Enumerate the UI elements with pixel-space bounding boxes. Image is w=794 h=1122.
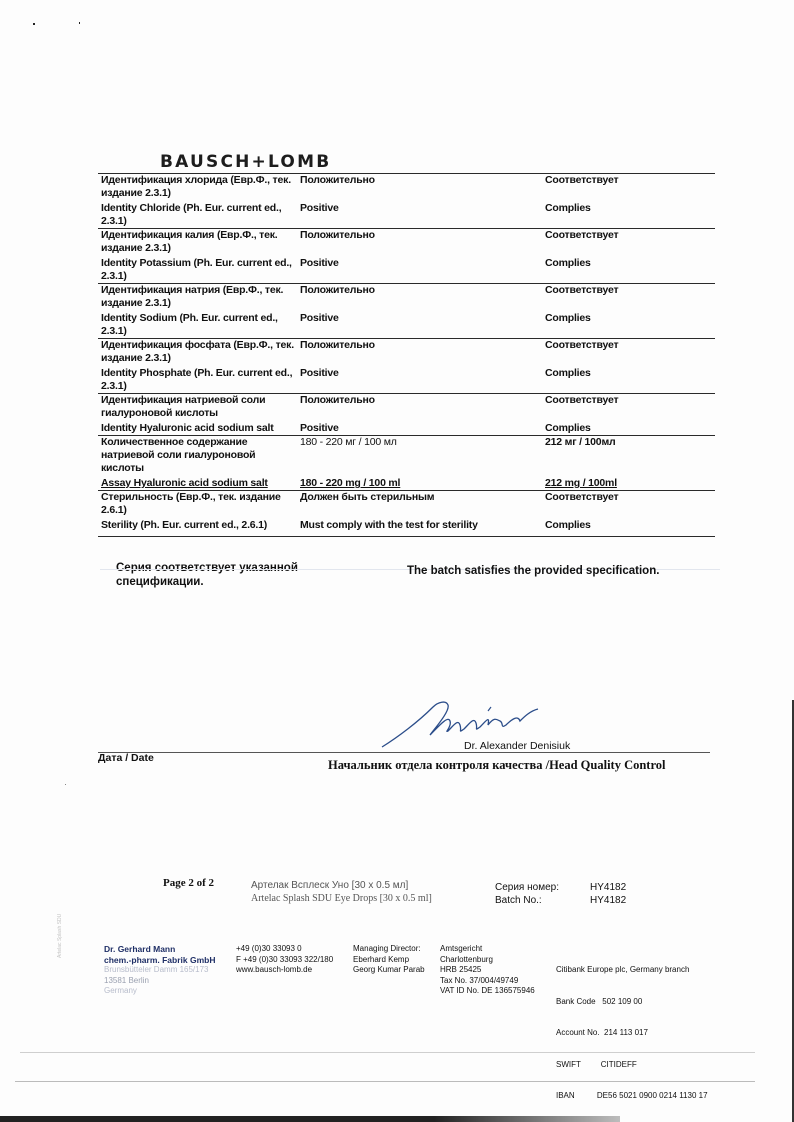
test-name-en: Identity Phosphate (Ph. Eur. current ed.… <box>98 365 297 394</box>
test-row-ru: Количественное содержание натриевой соли… <box>98 436 715 476</box>
signatory-name-text: Dr. Alexander Denisiuk <box>464 740 570 752</box>
court-label: Amtsgericht <box>440 944 535 955</box>
batch-label-ru: Серия номер: <box>495 881 559 894</box>
test-spec-ru: Положительно <box>297 339 542 366</box>
scan-edge-bottom <box>0 1116 620 1122</box>
footer-faint-rule-2 <box>15 1081 755 1082</box>
test-name-ru: Идентификация калия (Евр.Ф., тек. издани… <box>98 229 297 256</box>
test-result-en: Complies <box>542 517 715 537</box>
test-result-en: Complies <box>542 420 715 436</box>
test-row-ru: Стерильность (Евр.Ф., тек. издание 2.6.1… <box>98 491 715 518</box>
test-result-ru: Соответствует <box>542 229 715 256</box>
court-register: HRB 25425 <box>440 965 535 976</box>
test-row-en: Identity Chloride (Ph. Eur. current ed.,… <box>98 200 715 229</box>
test-name-en: Identity Hyaluronic acid sodium salt <box>98 420 297 436</box>
batch-labels: Серия номер: Batch No.: <box>495 881 559 907</box>
company-city: 13581 Berlin <box>104 976 215 987</box>
footer-faint-rule-1 <box>20 1052 755 1053</box>
test-spec-en: Must comply with the test for sterility <box>297 517 542 537</box>
test-spec-ru: Положительно <box>297 284 542 311</box>
test-result-ru: Соответствует <box>542 174 715 201</box>
company-directors: Managing Director: Eberhard Kemp Georg K… <box>353 944 425 976</box>
bank-code: Bank Code 502 109 00 <box>556 997 708 1008</box>
test-results-body: Идентификация хлорида (Евр.Ф., тек. изда… <box>98 174 715 537</box>
margin-note-text: Artelac Splash SDU <box>57 914 63 958</box>
bank-name: Citibank Europe plc, Germany branch <box>556 965 708 976</box>
test-row-ru: Идентификация хлорида (Евр.Ф., тек. изда… <box>98 174 715 201</box>
date-label: Дата / Date <box>98 752 154 764</box>
test-name-en: Sterility (Ph. Eur. current ed., 2.6.1) <box>98 517 297 537</box>
company-phone: +49 (0)30 33093 0 <box>236 944 333 955</box>
test-name-ru: Идентификация хлорида (Евр.Ф., тек. изда… <box>98 174 297 201</box>
iban: IBAN DE56 5021 0900 0214 1130 17 <box>556 1091 708 1102</box>
page-number-text: Page 2 of 2 <box>163 877 214 889</box>
company-country: Germany <box>104 986 215 997</box>
test-result-ru: Соответствует <box>542 339 715 366</box>
company-registration: Amtsgericht Charlottenburg HRB 25425 Tax… <box>440 944 535 997</box>
test-row-en: Identity Potassium (Ph. Eur. current ed.… <box>98 255 715 284</box>
test-result-en: Complies <box>542 365 715 394</box>
company-address: Dr. Gerhard Mann chem.-pharm. Fabrik Gmb… <box>104 944 215 997</box>
conclusion-en: The batch satisfies the provided specifi… <box>407 564 659 578</box>
vat-id: VAT ID No. DE 136575946 <box>440 986 535 997</box>
company-contacts: +49 (0)30 33093 0 F +49 (0)30 33093 322/… <box>236 944 333 976</box>
margin-note: Artelac Splash SDU <box>57 914 63 958</box>
court-location: Charlottenburg <box>440 955 535 966</box>
signatory-title: Начальник отдела контроля качества /Head… <box>328 758 666 773</box>
test-result-ru: Соответствует <box>542 284 715 311</box>
batch-number-en: HY4182 <box>590 894 626 907</box>
managing-director-label: Managing Director: <box>353 944 425 955</box>
test-name-ru: Идентификация фосфата (Евр.Ф., тек. изда… <box>98 339 297 366</box>
test-name-ru: Идентификация натриевой соли гиалуроново… <box>98 394 297 421</box>
test-result-ru: Соответствует <box>542 491 715 518</box>
company-name-2: chem.-pharm. Fabrik GmbH <box>104 955 215 966</box>
account-number: Account No. 214 113 017 <box>556 1028 708 1039</box>
test-row-ru: Идентификация калия (Евр.Ф., тек. издани… <box>98 229 715 256</box>
company-name-1: Dr. Gerhard Mann <box>104 944 215 955</box>
test-name-ru: Идентификация натрия (Евр.Ф., тек. издан… <box>98 284 297 311</box>
test-row-ru: Идентификация натрия (Евр.Ф., тек. издан… <box>98 284 715 311</box>
test-spec-en: Positive <box>297 310 542 339</box>
test-row-en: Identity Hyaluronic acid sodium saltPosi… <box>98 420 715 436</box>
batch-values: HY4182 HY4182 <box>590 881 626 907</box>
test-spec-ru: Положительно <box>297 174 542 201</box>
signature-line <box>98 752 710 753</box>
test-spec-en: Positive <box>297 200 542 229</box>
batch-label-en: Batch No.: <box>495 894 559 907</box>
managing-director-1: Eberhard Kemp <box>353 955 425 966</box>
test-spec-ru: Положительно <box>297 394 542 421</box>
test-name-ru: Стерильность (Евр.Ф., тек. издание 2.6.1… <box>98 491 297 518</box>
test-spec-en: 180 - 220 mg / 100 ml <box>297 475 542 491</box>
logo-plus-icon: + <box>252 152 268 172</box>
tax-number: Tax No. 37/004/49749 <box>440 976 535 987</box>
test-row-en: Identity Phosphate (Ph. Eur. current ed.… <box>98 365 715 394</box>
test-name-en: Identity Chloride (Ph. Eur. current ed.,… <box>98 200 297 229</box>
test-name-en: Assay Hyaluronic acid sodium salt <box>98 475 297 491</box>
test-result-ru: 212 мг / 100мл <box>542 436 715 476</box>
product-name-ru: Артелак Всплеск Уно [30 x 0.5 мл] <box>251 879 432 892</box>
test-name-en: Identity Sodium (Ph. Eur. current ed., 2… <box>98 310 297 339</box>
test-result-en: 212 mg / 100ml <box>542 475 715 491</box>
test-result-ru: Соответствует <box>542 394 715 421</box>
scan-speck <box>65 784 66 785</box>
bausch-lomb-logo: BAUSCH+LOMB <box>160 152 331 172</box>
test-spec-en: Positive <box>297 365 542 394</box>
test-row-en: Sterility (Ph. Eur. current ed., 2.6.1)M… <box>98 517 715 537</box>
company-web: www.bausch-lomb.de <box>236 965 333 976</box>
test-result-en: Complies <box>542 255 715 284</box>
product-name: Артелак Всплеск Уно [30 x 0.5 мл] Artela… <box>251 879 432 905</box>
logo-text-right: LOMB <box>268 152 331 172</box>
test-spec-ru: 180 - 220 мг / 100 мл <box>297 436 542 476</box>
page-number: Page 2 of 2 <box>163 877 214 889</box>
scan-speck <box>33 23 35 25</box>
conclusion-ru-text: Серия соответствует указанной спецификац… <box>116 562 298 588</box>
test-row-ru: Идентификация фосфата (Евр.Ф., тек. изда… <box>98 339 715 366</box>
signatory-title-text: Начальник отдела контроля качества /Head… <box>328 758 666 772</box>
company-street: Brunsbütteler Damm 165/173 <box>104 965 215 976</box>
test-spec-ru: Должен быть стерильным <box>297 491 542 518</box>
test-row-en: Identity Sodium (Ph. Eur. current ed., 2… <box>98 310 715 339</box>
scan-speck <box>79 22 80 24</box>
test-spec-en: Positive <box>297 420 542 436</box>
company-bank: Citibank Europe plc, Germany branch Bank… <box>556 944 708 1112</box>
test-name-ru: Количественное содержание натриевой соли… <box>98 436 297 476</box>
swift-code: SWIFT CITIDEFF <box>556 1060 708 1071</box>
test-result-en: Complies <box>542 200 715 229</box>
company-fax: F +49 (0)30 33093 322/180 <box>236 955 333 966</box>
test-row-ru: Идентификация натриевой соли гиалуроново… <box>98 394 715 421</box>
conclusion-ru: Серия соответствует указанной спецификац… <box>116 561 331 589</box>
test-spec-ru: Положительно <box>297 229 542 256</box>
date-label-text: Дата / Date <box>98 752 154 764</box>
signatory-name: Dr. Alexander Denisiuk <box>464 740 570 752</box>
batch-number-ru: HY4182 <box>590 881 626 894</box>
test-result-en: Complies <box>542 310 715 339</box>
conclusion-en-text: The batch satisfies the provided specifi… <box>407 565 659 577</box>
test-name-en: Identity Potassium (Ph. Eur. current ed.… <box>98 255 297 284</box>
logo-text-left: BAUSCH <box>160 152 252 172</box>
managing-director-2: Georg Kumar Parab <box>353 965 425 976</box>
product-name-en: Artelac Splash SDU Eye Drops [30 x 0.5 m… <box>251 892 432 905</box>
test-row-en: Assay Hyaluronic acid sodium salt180 - 2… <box>98 475 715 491</box>
test-results-table: Идентификация хлорида (Евр.Ф., тек. изда… <box>98 173 715 537</box>
test-spec-en: Positive <box>297 255 542 284</box>
